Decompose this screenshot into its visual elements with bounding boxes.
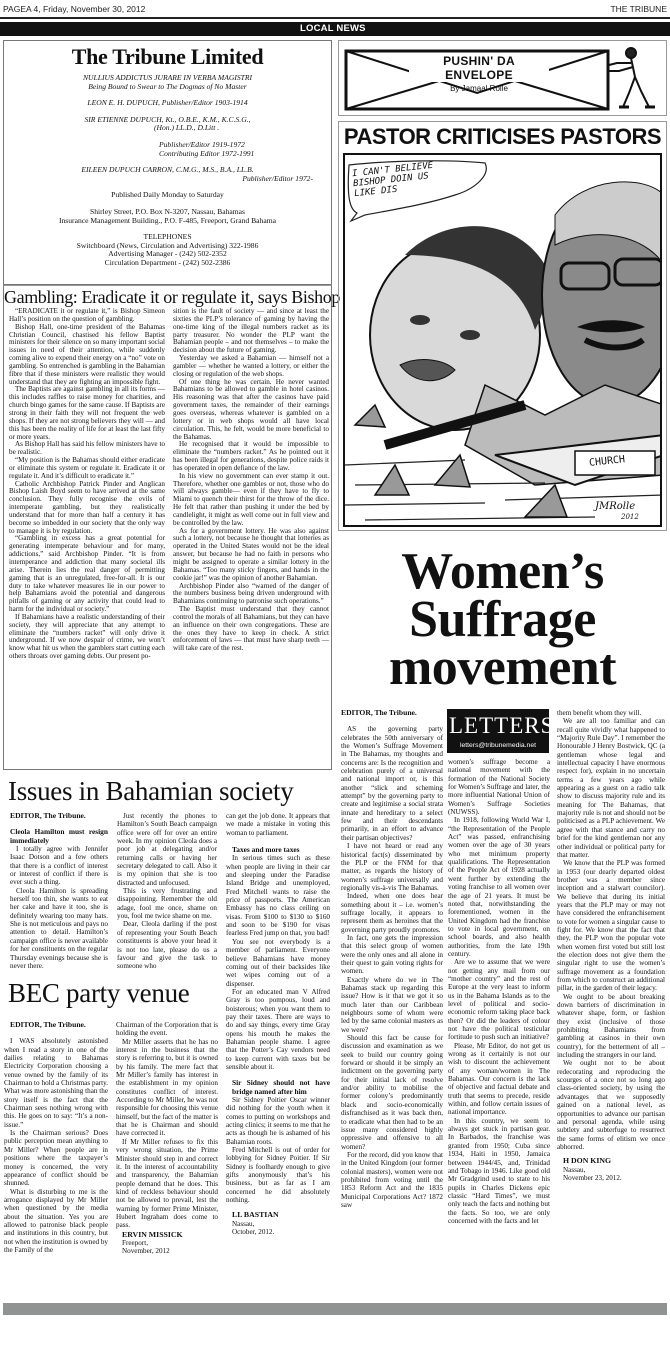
paragraph: As for a government lottery. He was also… <box>173 528 329 583</box>
issues-sig-date: October, 2012. <box>226 1228 330 1236</box>
published-line: Published Daily Monday to Saturday <box>4 191 331 200</box>
paragraph: You see not everybody is a member of par… <box>226 938 330 988</box>
eileen-role: Publisher/Editor 1972- <box>4 175 331 184</box>
letters-title: LETTERS <box>449 713 547 739</box>
masthead-title: The Tribune Limited <box>4 44 331 70</box>
paragraph: We ought to be about breaking down barri… <box>557 993 665 1060</box>
paragraph: I totally agree with Jennifer Isaac Dots… <box>10 845 108 887</box>
paragraph: As Bishop Hall has said his fellow minis… <box>9 441 165 457</box>
etienne-line2: (Hon.) LL.D., D.Litt . <box>4 124 331 133</box>
paragraph: This is very frustrating and disappointi… <box>117 887 217 920</box>
cartoon-drawing-icon <box>345 155 662 527</box>
suffrage-signature: H DON KING <box>557 1157 665 1165</box>
envelope-title: PUSHIN' DA ENVELOPE <box>409 54 549 82</box>
bec-column-1: EDITOR, The Tribune. I WAS absolutely as… <box>4 1021 108 1254</box>
editorial-column-1: “ERADICATE it or regulate it,” is Bishop… <box>9 308 165 661</box>
paragraph: We are all too familiar and can recall q… <box>557 717 665 859</box>
tel-circulation: Circulation Department - (242) 502-2386 <box>4 259 331 268</box>
paragraph: Mr Miller asserts that he has no interes… <box>116 1038 218 1138</box>
headline-line: movement <box>338 644 667 692</box>
cartoon-headline: PASTOR CRITICISES PASTORS <box>339 124 666 150</box>
paragraph: Fred Mitchell is out of order for lobbyi… <box>226 1146 330 1204</box>
paragraph: He recognised that it would be impossibl… <box>173 441 329 472</box>
suffrage-sig-place: Nassau, <box>557 1166 665 1174</box>
suffrage-headline: Women’s Suffrage movement <box>338 548 667 692</box>
paragraph: “My position is the Bahamas should eithe… <box>9 457 165 481</box>
address-freeport: Insurance Management Building., P.O. F-4… <box>4 217 331 226</box>
paragraph: For the record, did you know that in the… <box>341 1151 443 1209</box>
issues-sig-place: Nassau, <box>226 1220 330 1228</box>
paragraph: In fact, one gets the impression that th… <box>341 934 443 976</box>
paragraph: “Gambling in excess has a great potentia… <box>9 535 165 613</box>
cartoon-year: 2012 <box>621 513 639 521</box>
paragraph: In this country, we seem to always get s… <box>448 1117 550 1225</box>
paragraph: Cleola Hamilton is spreading herself too… <box>10 887 108 970</box>
paragraph: We know that the PLP was formed in 1953 … <box>557 859 665 993</box>
issues-column-2: Just recently the phones to Hamilton’s S… <box>117 812 217 971</box>
suffrage-column-3: them benefit whom they will. We are all … <box>557 709 665 1182</box>
paragraph: In serious times such as these when peop… <box>226 854 330 937</box>
paragraph: Sir Sidney Poitier Oscar winner did noth… <box>226 1096 330 1146</box>
paragraph: Archbishop Pinder also “warned of the da… <box>173 583 329 607</box>
paragraph: I have not heard or read any historical … <box>341 842 443 892</box>
paper-name: THE TRIBUNE <box>610 4 667 14</box>
paragraph: If Mr Miller refuses to fix this very wr… <box>116 1138 218 1230</box>
paragraph: We ought not to be about redecorating an… <box>557 1059 665 1151</box>
founder-line: LEON E. H. DUPUCH, Publisher/Editor 1903… <box>4 99 331 108</box>
bec-sig-date: November, 2012 <box>116 1247 218 1255</box>
paragraph: Yesterday we asked a Bahamian — himself … <box>173 355 329 379</box>
headline-line: Women’s <box>338 548 667 596</box>
issues-headline: Issues in Bahamian society <box>8 776 293 807</box>
letters-email: letters@tribunemedia.net <box>449 742 547 749</box>
paragraph: For an educated man V Alfred Gray is too… <box>226 988 330 1071</box>
bec-headline: BEC party venue <box>8 978 189 1009</box>
paragraph: sition is the fault of society — and sin… <box>173 308 329 355</box>
paragraph: can get the job done. It appears that we… <box>226 812 330 837</box>
letters-badge: LETTERS letters@tribunemedia.net <box>447 709 549 753</box>
suffrage-column-1: EDITOR, The Tribune. AS the governing pa… <box>341 709 443 1209</box>
paragraph: Please, Mr Editor, do not get us wrong a… <box>448 1042 550 1117</box>
envelope-byline: By Jamaal Rolle <box>409 84 549 93</box>
paragraph: Is the Chairman serious? Does public per… <box>4 1129 108 1187</box>
page-folio: PAGEA 4, Friday, November 30, 2012 THE T… <box>0 0 670 16</box>
cartoon-illustration: I CAN'T BELIEVE BISHOP DOIN US LIKE DIS … <box>343 153 662 527</box>
page-date: PAGEA 4, Friday, November 30, 2012 <box>3 4 145 14</box>
bec-sig-place: Freeport, <box>116 1239 218 1247</box>
paragraph: Indeed, when one does hear something abo… <box>341 892 443 934</box>
paragraph: I WAS absolutely astonished when I read … <box>4 1037 108 1129</box>
paragraph: In 1918, following World War I, “the Rep… <box>448 816 550 958</box>
bec-byline: EDITOR, The Tribune. <box>4 1021 108 1029</box>
bec-signature: ERVIN MISSICK <box>116 1231 218 1239</box>
issues-column-3: can get the job done. It appears that we… <box>226 812 330 1237</box>
section-bar: LOCAL NEWS <box>0 22 670 36</box>
issues-subhead-3: Sir Sidney should not have bridge named … <box>226 1079 330 1096</box>
paragraph: Bishop Hall, one-time president of the B… <box>9 324 165 387</box>
suffrage-column-2: women’s suffrage become a national movem… <box>448 758 550 1225</box>
paragraph: AS the governing party celebrates the 50… <box>341 725 443 842</box>
paragraph: Dear, Cleola darling if the post of repr… <box>117 920 217 970</box>
paragraph: Chairman of the Corporation that is hold… <box>116 1021 218 1038</box>
headline-line: Suffrage <box>338 596 667 644</box>
issues-subhead-2: Taxes and more taxes <box>226 846 330 854</box>
paragraph: What is disturbing to me is the arroganc… <box>4 1188 108 1255</box>
suffrage-byline: EDITOR, The Tribune. <box>341 709 443 717</box>
cartoonist-signature: JMRolle <box>595 501 635 512</box>
issues-byline: EDITOR, The Tribune. <box>10 812 108 820</box>
editorial-cartoon: PASTOR CRITICISES PASTORS <box>338 121 667 531</box>
paragraph: them benefit whom they will. <box>557 709 665 717</box>
etienne-role2: Contributing Editor 1972-1991 <box>4 150 331 159</box>
paragraph: “ERADICATE it or regulate it,” is Bishop… <box>9 308 165 324</box>
motto-english: Being Bound to Swear to The Dogmas of No… <box>4 83 331 92</box>
editorial-column-2: sition is the fault of society — and sin… <box>173 308 329 661</box>
pushing-man-icon <box>609 48 655 107</box>
footer-bar <box>3 1303 667 1315</box>
envelope-cartoon-box: PUSHIN' DA ENVELOPE By Jamaal Rolle <box>338 40 667 116</box>
paragraph: The Baptist must understand that they ca… <box>173 606 329 653</box>
suffrage-sig-date: November 23, 2012. <box>557 1174 665 1182</box>
bec-column-2: Chairman of the Corporation that is hold… <box>116 1021 218 1256</box>
editorial-article: Gambling: Eradicate it or regulate it, s… <box>3 285 332 770</box>
masthead-box: The Tribune Limited NULLIUS ADDICTUS JUR… <box>3 40 332 285</box>
paragraph: If Bahamians have a realistic understand… <box>9 614 165 661</box>
issues-column-1: EDITOR, The Tribune. Cleola Hamilton mus… <box>10 812 108 970</box>
paragraph: Are we to assume that we were not gettin… <box>448 958 550 1041</box>
paragraph: Catholic Archbishop Patrick Pinder and A… <box>9 481 165 536</box>
top-rule <box>0 17 670 19</box>
paragraph: The Baptists are against gambling in all… <box>9 386 165 441</box>
paragraph: In his view no government can ever stamp… <box>173 473 329 528</box>
section-label: LOCAL NEWS <box>300 23 366 34</box>
paragraph: Of one thing he was certain. He never wa… <box>173 379 329 442</box>
editorial-headline: Gambling: Eradicate it or regulate it, s… <box>4 288 331 306</box>
issues-signature: LL BASTIAN <box>226 1211 330 1219</box>
paragraph: Should this fact be cause for discussion… <box>341 1034 443 1151</box>
issues-subhead-1: Cleola Hamilton must resign immediately <box>10 828 108 845</box>
paragraph: Just recently the phones to Hamilton’s S… <box>117 812 217 887</box>
paragraph: Exactly where do we in The Bahamas stack… <box>341 976 443 1034</box>
paragraph: women’s suffrage become a national movem… <box>448 758 550 816</box>
